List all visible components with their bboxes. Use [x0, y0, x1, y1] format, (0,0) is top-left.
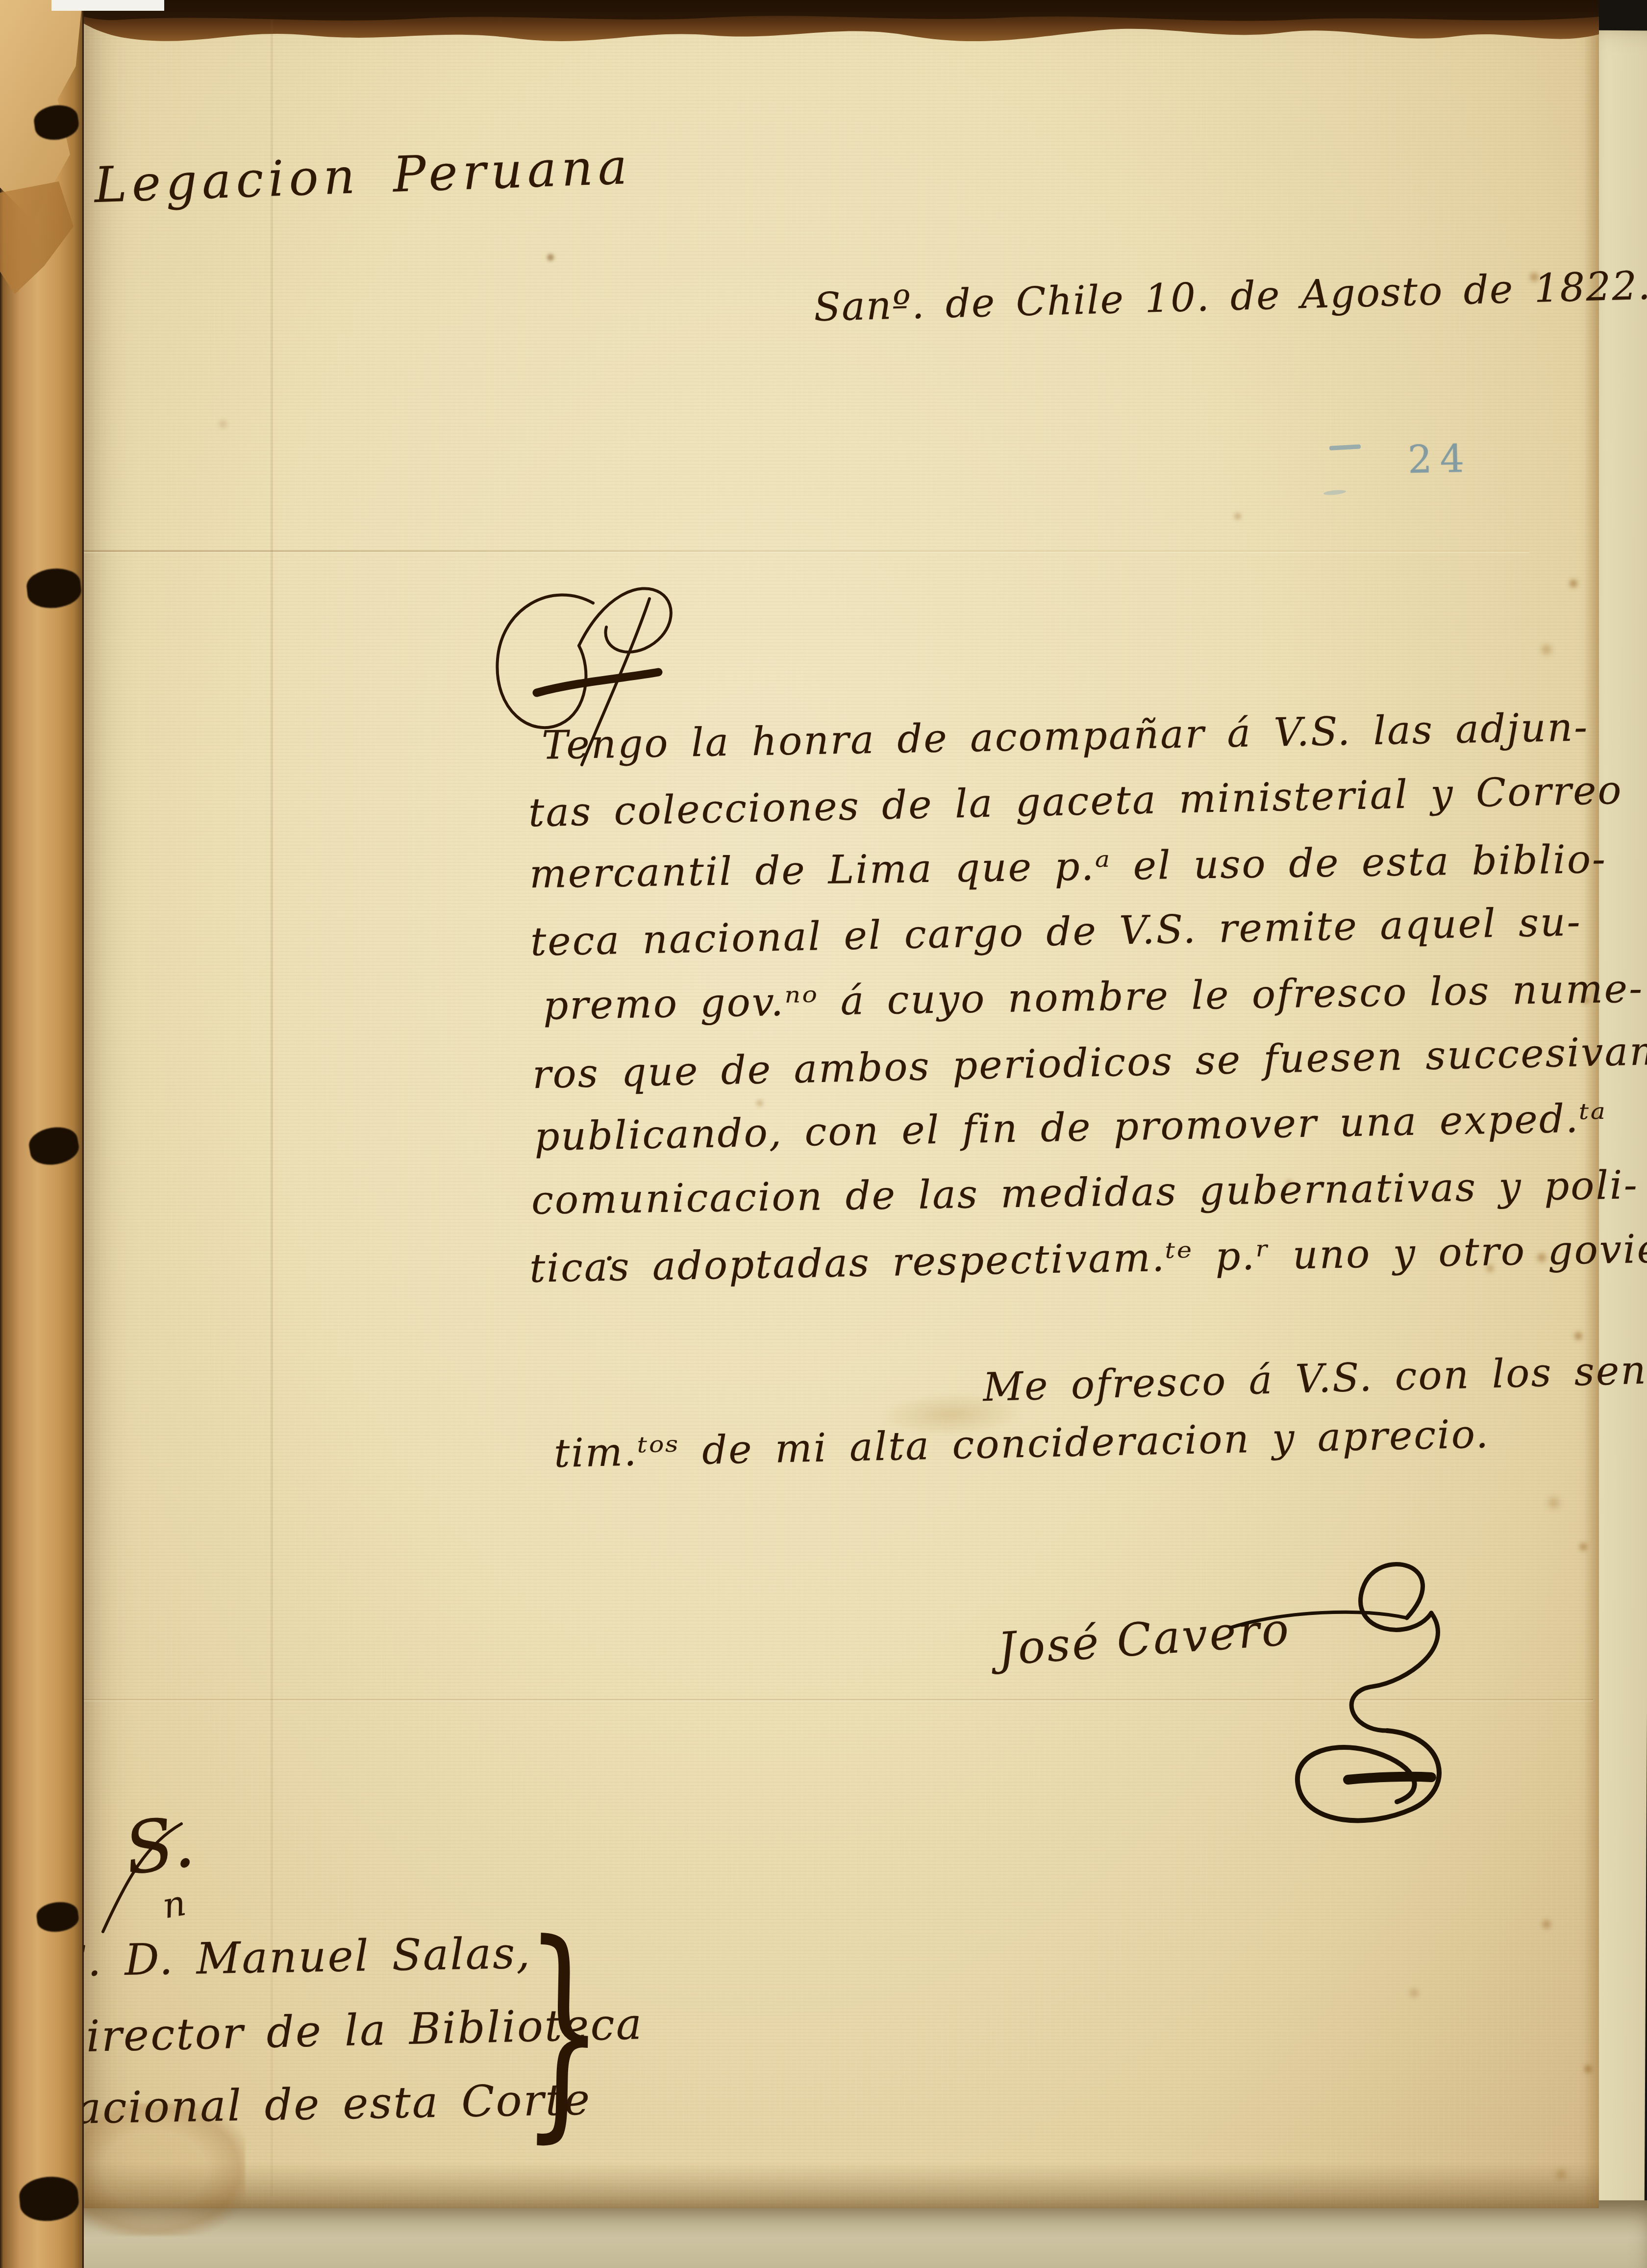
- folio-number-stamp: 24: [1407, 437, 1472, 482]
- manuscript-scan: Legacion Peruana Sanº. de Chile 10. de A…: [0, 0, 1647, 2268]
- binding-stitch-hole: [35, 1900, 80, 1934]
- closing-line: tim.ᵗᵒˢ de mi alta concideracion y aprec…: [553, 1411, 1490, 1476]
- body-line: teca nacional el cargo de V.S. remite aq…: [530, 899, 1582, 964]
- body-line: ticas adoptadas respectivam.ᵗᵉ p.ʳ uno y…: [529, 1224, 1647, 1291]
- body-line: mercantil de Lima que p.ᵃ el uso de esta…: [529, 836, 1607, 897]
- closing-line: Me ofresco á V.S. con los sen-: [982, 1347, 1647, 1410]
- handwriting-layer: Legacion Peruana Sanº. de Chile 10. de A…: [0, 0, 1647, 2268]
- body-line: ros que de ambos periodicos se fuesen su…: [532, 1027, 1647, 1097]
- addressee-flourish: [83, 1814, 211, 1941]
- binding-stitch-hole: [18, 2174, 80, 2223]
- binding-stitch-hole: [25, 566, 83, 610]
- book-binding: [0, 0, 84, 2268]
- body-line: premo gov.ⁿᵒ á cuyo nombre le ofresco lo…: [543, 965, 1644, 1028]
- dateline: Sanº. de Chile 10. de Agosto de 1822.: [813, 263, 1647, 330]
- binding-stitch-hole: [26, 1124, 81, 1168]
- stamp-mark-dash: [1329, 444, 1361, 450]
- addressee-line: nacional de esta Corte: [46, 2074, 592, 2134]
- addressee-brace: }: [521, 1915, 606, 2145]
- letterhead: Legacion Peruana: [93, 138, 633, 214]
- scan-background-sliver: [51, 0, 164, 11]
- binding-torn-paper-2: [0, 181, 74, 294]
- stamp-mark-dash-2: [1323, 489, 1347, 496]
- addressee-line: S. D. Manuel Salas,: [57, 1928, 532, 1987]
- body-line: publicando, con el fin de promover una e…: [534, 1095, 1607, 1159]
- body-line: comunicacion de las medidas gubernativas…: [531, 1162, 1639, 1223]
- paragraph-mark: .: [604, 1228, 615, 1268]
- signature-rubric: [1201, 1535, 1475, 1839]
